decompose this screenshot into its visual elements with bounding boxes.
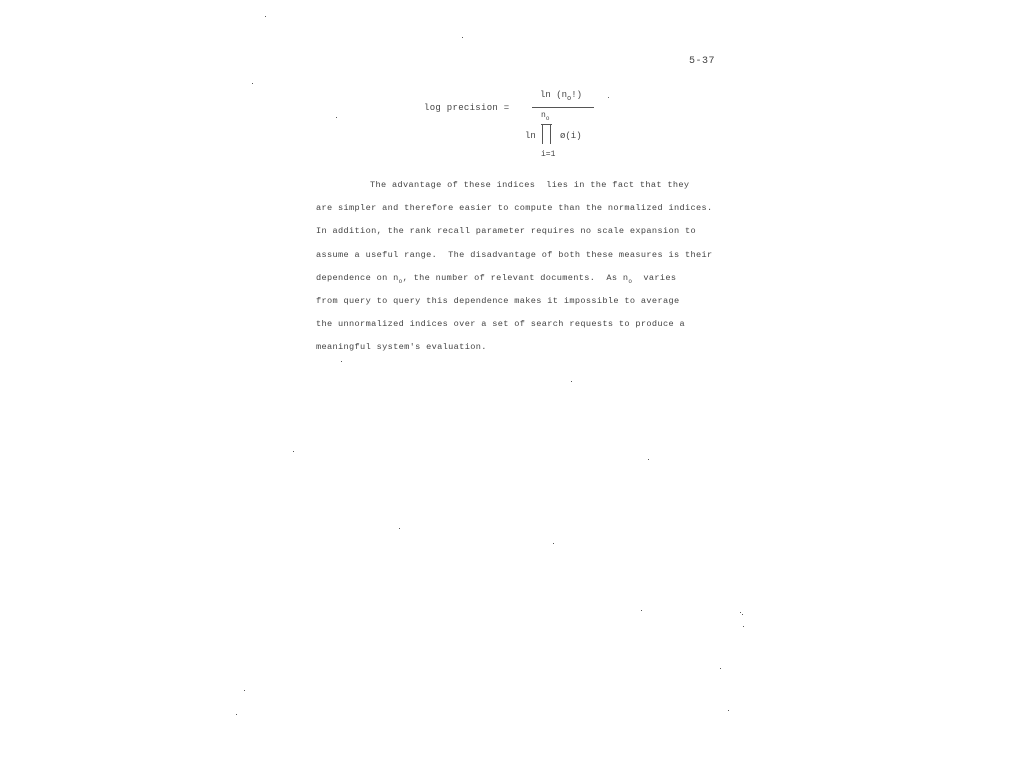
numerator-tail: !) [571, 90, 582, 100]
product-prefix: ln [525, 131, 536, 141]
paragraph-line: In addition, the rank recall parameter r… [316, 224, 736, 247]
product-upper-limit: no [541, 111, 549, 122]
speck [336, 117, 337, 118]
speck [341, 361, 342, 362]
speck [740, 612, 741, 613]
speck [728, 710, 729, 711]
paragraph-line: The advantage of these indices lies in t… [316, 178, 736, 201]
scanned-document-page: 5-37 log precision = ln (no!) no ln ø(i)… [0, 0, 1024, 768]
body-paragraph: The advantage of these indices lies in t… [316, 178, 736, 364]
speck [743, 626, 744, 627]
paragraph-line: assume a useful range. The disadvantage … [316, 248, 736, 271]
paragraph-line: meaningful system's evaluation. [316, 340, 736, 363]
speck [571, 381, 572, 382]
formula-label: log precision = [424, 103, 510, 113]
line-text: dependence on n [316, 273, 399, 283]
speck [399, 528, 400, 529]
speck [553, 543, 554, 544]
speck [244, 690, 245, 691]
speck [720, 668, 721, 669]
speck [293, 451, 294, 452]
paragraph-line: are simpler and therefore easier to comp… [316, 201, 736, 224]
line-text: , the number of relevant documents. As n [403, 273, 629, 283]
product-symbol-icon [541, 124, 552, 144]
speck [742, 614, 743, 615]
product-lower-limit: i=1 [541, 150, 555, 159]
speck [252, 83, 253, 84]
product-term: ø(i) [560, 131, 582, 141]
upper-subscript: o [546, 115, 550, 122]
numerator-text: ln (n [540, 90, 567, 100]
paragraph-line: from query to query this dependence make… [316, 294, 736, 317]
speck [462, 37, 463, 38]
fraction-bar [532, 107, 594, 108]
paragraph-line: dependence on no, the number of relevant… [316, 271, 736, 294]
speck [641, 610, 642, 611]
speck [265, 16, 266, 17]
paragraph-line: the unnormalized indices over a set of s… [316, 317, 736, 340]
stray-mark [608, 97, 609, 98]
speck [648, 459, 649, 460]
formula-numerator: ln (no!) [540, 90, 582, 103]
speck [236, 714, 237, 715]
page-number: 5-37 [689, 56, 715, 67]
line-text: varies [632, 273, 676, 283]
